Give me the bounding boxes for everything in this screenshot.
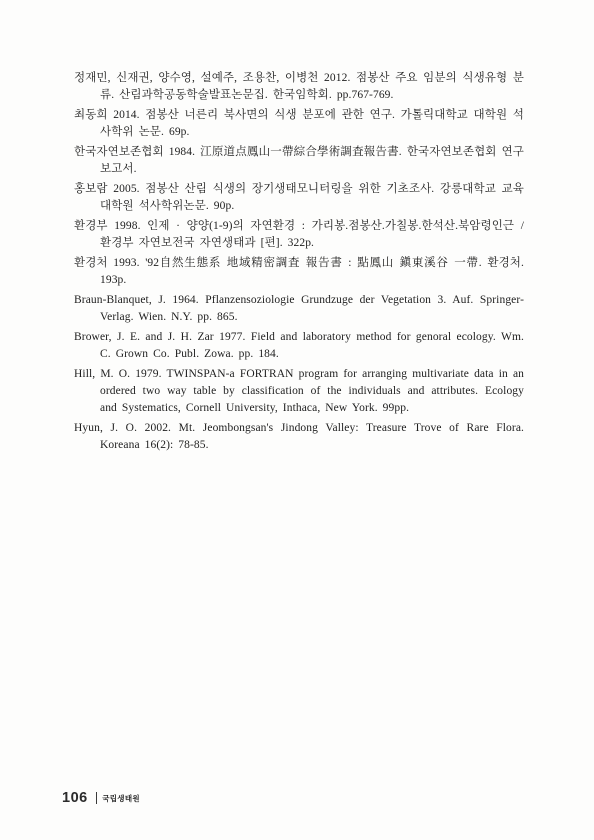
reference-entry: Hill, M. O. 1979. TWINSPAN-a FORTRAN pro… bbox=[74, 366, 524, 417]
page-footer: 106 국립생태원 bbox=[62, 790, 140, 806]
page-number: 106 bbox=[62, 790, 88, 806]
document-page: 정재민, 신재권, 양수영, 설예주, 조용찬, 이병천 2012. 점봉산 주… bbox=[0, 0, 594, 840]
references-list: 정재민, 신재권, 양수영, 설예주, 조용찬, 이병천 2012. 점봉산 주… bbox=[74, 70, 524, 454]
reference-entry: 한국자연보존협회 1984. 江原道点鳳山一帶綜合學術調査報告書. 한국자연보존… bbox=[74, 144, 524, 178]
footer-divider bbox=[96, 792, 98, 804]
reference-entry: 최동희 2014. 점봉산 너른리 북사면의 식생 분포에 관한 연구. 가톨릭… bbox=[74, 107, 524, 141]
reference-entry: Braun-Blanquet, J. 1964. Pflanzensoziolo… bbox=[74, 292, 524, 326]
publisher-label: 국립생태원 bbox=[102, 793, 140, 804]
reference-entry: 환경처 1993. '92自然生態系 地域精密調査 報告書 : 點鳳山 鎭東溪谷… bbox=[74, 255, 524, 289]
reference-entry: 환경부 1998. 인제 · 양양(1-9)의 자연환경 : 가리봉.점봉산.가… bbox=[74, 218, 524, 252]
reference-entry: 홍보람 2005. 점봉산 산림 식생의 장기생태모니터링을 위한 기초조사. … bbox=[74, 181, 524, 215]
reference-entry: 정재민, 신재권, 양수영, 설예주, 조용찬, 이병천 2012. 점봉산 주… bbox=[74, 70, 524, 104]
reference-entry: Brower, J. E. and J. H. Zar 1977. Field … bbox=[74, 329, 524, 363]
reference-entry: Hyun, J. O. 2002. Mt. Jeombongsan's Jind… bbox=[74, 420, 524, 454]
